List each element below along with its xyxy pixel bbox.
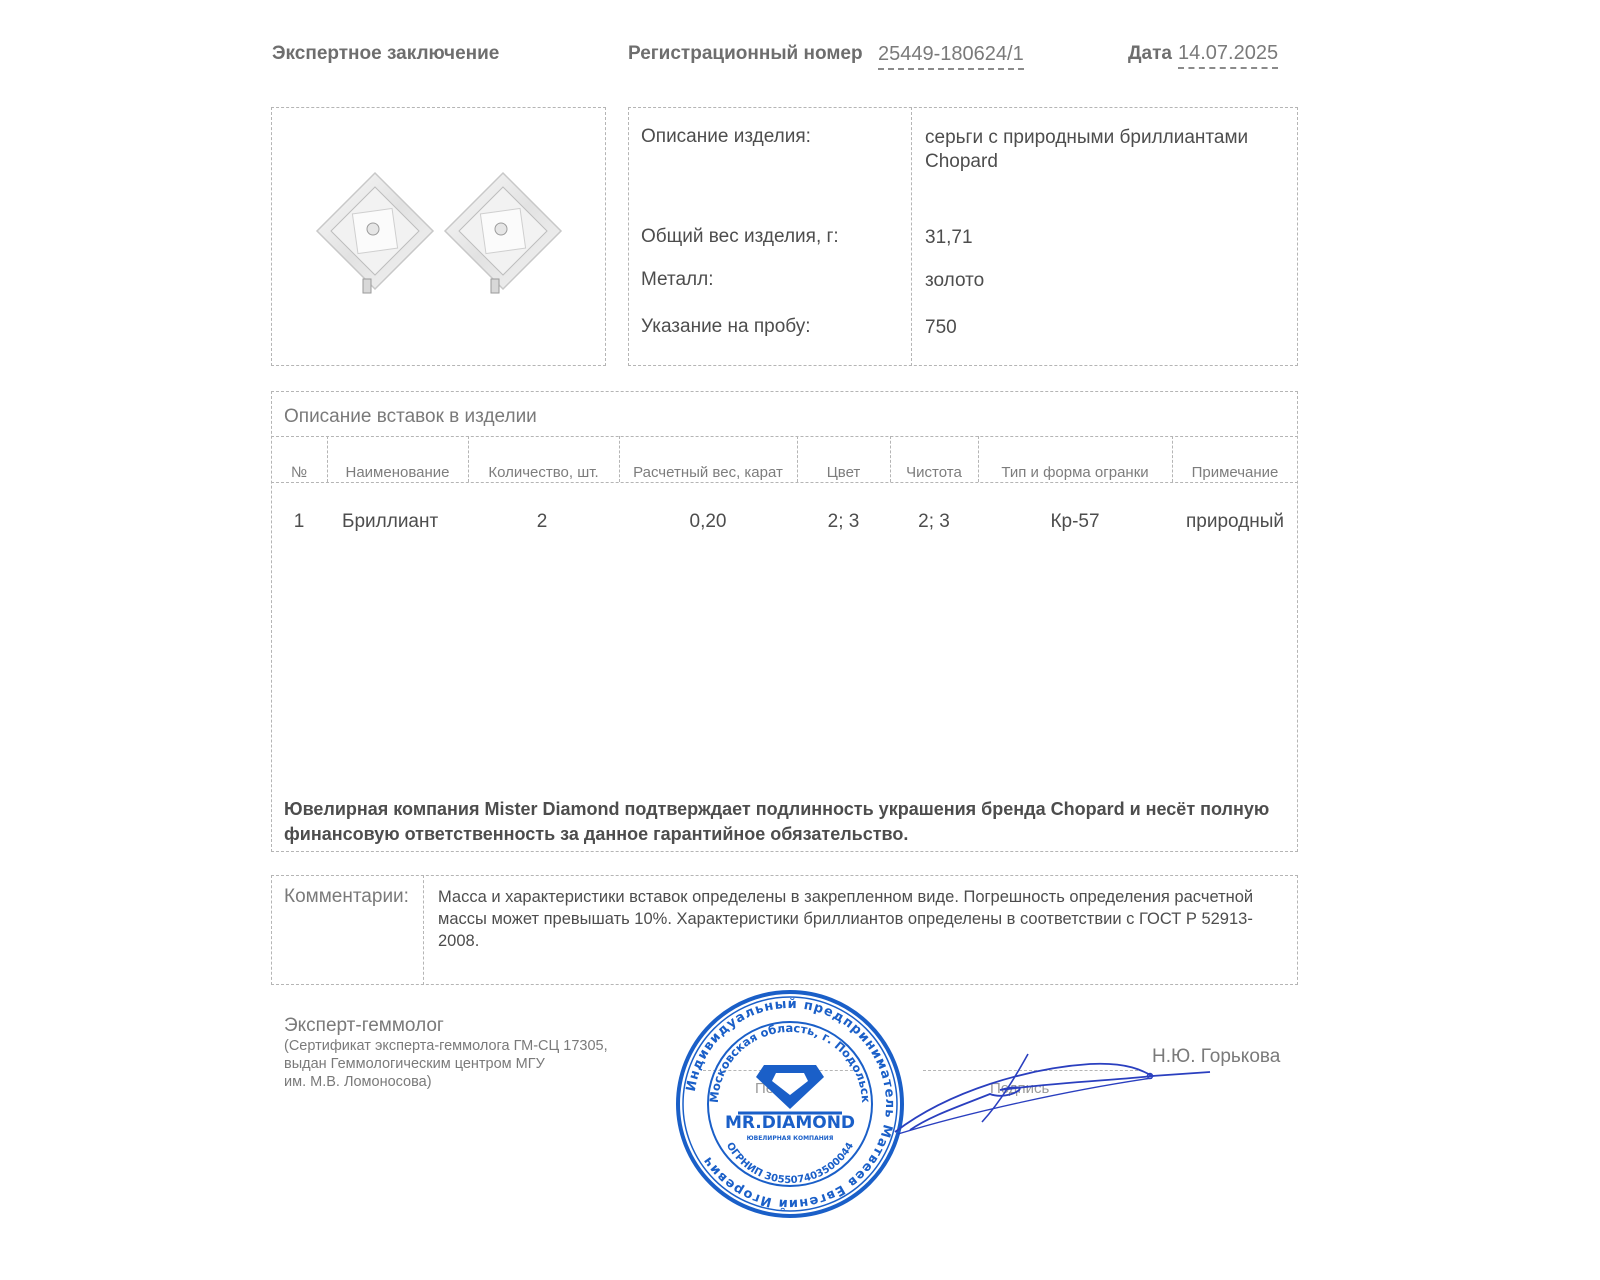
- stamp-brand-sub: ЮВЕЛИРНАЯ КОМПАНИЯ: [747, 1135, 834, 1142]
- expert-cert-line2: выдан Геммологическим центром МГУ: [284, 1055, 545, 1073]
- col-header-note: Примечание: [1172, 464, 1298, 481]
- cell-note: природный: [1172, 511, 1298, 533]
- product-image-box: [271, 107, 606, 366]
- inserts-title: Описание вставок в изделии: [284, 406, 537, 428]
- earrings-image: [272, 108, 604, 364]
- expert-cert-line1: (Сертификат эксперта-геммолога ГМ-СЦ 173…: [284, 1037, 608, 1055]
- earring-left: [317, 173, 433, 293]
- inserts-box: [271, 391, 1298, 852]
- svg-text:ОГРНИП 305507403500044: ОГРНИП 305507403500044: [724, 1141, 856, 1186]
- comments-divider: [423, 875, 424, 985]
- metal-label: Металл:: [641, 269, 713, 291]
- stamp-ogrn-text: ОГРНИП 305507403500044: [724, 1141, 856, 1186]
- cell-weight: 0,20: [619, 511, 797, 533]
- cell-name: Бриллиант: [342, 511, 438, 533]
- cell-cut: Кр-57: [978, 511, 1172, 533]
- table-header-top-line: [271, 436, 1298, 437]
- cell-color: 2; 3: [797, 511, 890, 533]
- earring-right: [445, 173, 561, 293]
- date-value: 14.07.2025: [1178, 42, 1278, 69]
- col-header-number: №: [271, 464, 327, 481]
- col-header-weight: Расчетный вес, карат: [619, 464, 797, 481]
- diamond-logo-icon: [738, 1065, 842, 1113]
- col-header-clarity: Чистота: [890, 464, 978, 481]
- handwritten-signature: [890, 1050, 1220, 1140]
- description-label: Описание изделия:: [641, 126, 811, 148]
- col-header-name: Наименование: [327, 464, 468, 481]
- weight-value: 31,71: [925, 226, 973, 250]
- info-divider: [911, 107, 912, 366]
- cell-number: 1: [271, 511, 327, 533]
- expert-title: Эксперт-геммолог: [284, 1015, 444, 1037]
- description-value: серьги с природными бриллиантами Chopard: [925, 126, 1285, 174]
- company-stamp: Индивидуальный предприниматель Матвеев Е…: [672, 986, 908, 1222]
- table-header-bottom-line: [271, 482, 1298, 483]
- hallmark-label: Указание на пробу:: [641, 316, 811, 338]
- metal-value: золото: [925, 269, 984, 293]
- guarantee-statement: Ювелирная компания Mister Diamond подтве…: [284, 797, 1274, 847]
- col-header-color: Цвет: [797, 464, 890, 481]
- comments-label: Комментарии:: [284, 886, 409, 908]
- stamp-brand: MR.DIAMOND: [725, 1113, 855, 1133]
- col-header-quantity: Количество, шт.: [468, 464, 619, 481]
- col-header-cut: Тип и форма огранки: [978, 464, 1172, 481]
- weight-label: Общий вес изделия, г:: [641, 226, 839, 248]
- registration-label: Регистрационный номер: [628, 43, 863, 65]
- cell-quantity: 2: [468, 511, 616, 533]
- date-label: Дата: [1128, 43, 1172, 65]
- comments-text: Масса и характеристики вставок определен…: [438, 886, 1293, 952]
- registration-number: 25449-180624/1: [878, 43, 1024, 70]
- expert-cert-line3: им. М.В. Ломоносова): [284, 1073, 432, 1091]
- cell-clarity: 2; 3: [890, 511, 978, 533]
- hallmark-value: 750: [925, 316, 957, 340]
- document-title: Экспертное заключение: [272, 43, 499, 65]
